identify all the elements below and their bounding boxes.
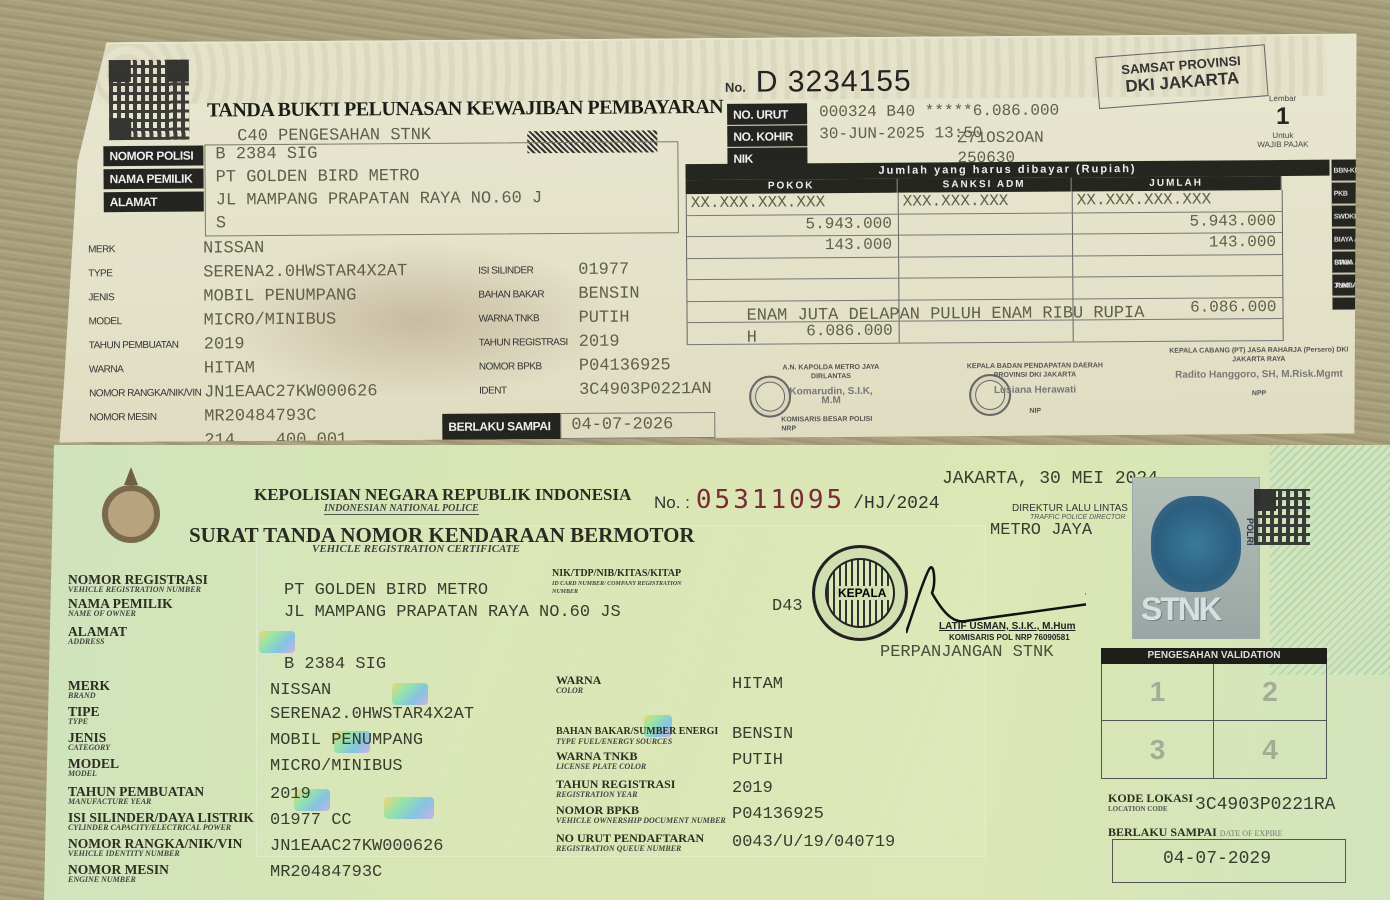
field-label: MERK <box>88 243 203 255</box>
field-value: 0043/U/19/040719 <box>732 833 895 852</box>
certificate-number-value: 05311095 <box>696 485 845 515</box>
payment-cell: 143.000 <box>1073 233 1282 256</box>
field-label: IDENT <box>479 384 579 396</box>
certificate-number-suffix: /HJ/2024 <box>853 494 939 514</box>
issuer-name: KEPOLISIAN NEGARA REPUBLIK INDONESIA <box>254 485 631 505</box>
nik-value: D43 <box>772 597 803 616</box>
field-label-id: BAHAN BAKAR/SUMBER ENERGI <box>556 726 718 737</box>
field-label-en: CYLINDER CAPACITY/ELECTRICAL POWER <box>68 824 254 832</box>
field-value: HITAM <box>732 675 783 694</box>
field-label: NOMOR RANGKA/NIK/VIN <box>89 387 204 399</box>
payment-row-label: PKB <box>1332 182 1388 205</box>
director-title: DIREKTUR LALU LINTAS <box>1012 503 1128 514</box>
field-label: MERKBRAND <box>68 679 110 700</box>
field-value: SERENA2.0HWSTAR4X2AT <box>270 705 474 724</box>
vehicle-registration-certificate: KEPOLISIAN NEGARA REPUBLIK INDONESIA IND… <box>44 445 1390 900</box>
payment-cell <box>899 213 1072 236</box>
field-label: BAHAN BAKAR <box>478 288 578 300</box>
field-label-id: NOMOR BPKB <box>556 803 639 817</box>
receipt-number: No. D 3234155 <box>725 65 912 100</box>
field-value: NISSAN <box>270 681 331 700</box>
field-label: ALAMATADDRESS <box>68 625 127 646</box>
issuing-director: JAKARTA, 30 MEI 2024 DIREKTUR LALU LINTA… <box>942 469 1158 489</box>
signatory-bapenda: KEPALA BADAN PENDAPATAN DAERAH PROVINSI … <box>965 361 1105 416</box>
payment-cell <box>1073 276 1282 299</box>
expire-date: 04-07-2029 <box>1112 839 1346 883</box>
field-label-en: TYPE <box>68 718 100 726</box>
location-code-en: LOCATION CODE <box>1108 804 1193 815</box>
field-label: WARNACOLOR <box>556 673 601 695</box>
field-label: WARNA TNKBLICENSE PLATE COLOR <box>556 749 646 771</box>
payment-cell: XXX.XXX.XXX <box>899 191 1072 214</box>
field-label-en: COLOR <box>556 687 601 695</box>
owner-row: ALAMAT JL MAMPANG PRAPATAN RAYA NO.60 J <box>104 188 543 212</box>
renewal-note: PERPANJANGAN STNK <box>880 643 1053 662</box>
column-header: POKOK <box>686 179 898 194</box>
validation-title: PENGESAHAN VALIDATION <box>1101 648 1327 664</box>
receipt-number-label: No. <box>725 80 746 95</box>
payment-cell <box>899 234 1072 257</box>
meta-row: NO. URUT000324 B40 *****6.086.000 <box>727 102 1059 125</box>
field-label: JENISCATEGORY <box>68 731 110 752</box>
field-label: WARNA TNKB <box>479 312 579 324</box>
field-label: WARNA <box>89 363 204 375</box>
nik-label-id: NIK/TDP/NIB/KITAS/KITAP <box>552 568 681 579</box>
document-title-en: VEHICLE REGISTRATION CERTIFICATE <box>312 543 520 555</box>
amount-words-line: ENAM JUTA DELAPAN PULUH ENAM RIBU RUPIA <box>746 303 1144 328</box>
field-label-en: REGISTRATION YEAR <box>556 791 675 799</box>
signatory-title: KEPALA BADAN PENDAPATAN DAERAH PROVINSI … <box>965 361 1105 380</box>
validation-grid: 1 2 3 4 <box>1101 664 1327 779</box>
field-value: P04136925 <box>732 805 824 824</box>
meta-label: NO. KOHIR <box>727 125 807 147</box>
payment-row-label: JUMLAH <box>1332 274 1388 297</box>
signatory-name: Komarudin, S.I.K, M.M <box>781 387 881 406</box>
payment-cell: XX.XXX.XXX.XXX <box>687 193 898 216</box>
field-label: NOMOR BPKBVEHICLE OWNERSHIP DOCUMENT NUM… <box>556 803 726 825</box>
payment-cell: 5.943.000 <box>1073 211 1282 234</box>
meta-label: NO. URUT <box>727 103 807 125</box>
field-label-id: WARNA <box>556 673 601 687</box>
field-label-en: ENGINE NUMBER <box>68 876 169 884</box>
field-label <box>89 441 204 442</box>
payment-row-labels: BBN-KBPKBSWDKLLJBIAYA ADM. STNKBIAYA ADM… <box>1331 159 1388 309</box>
field-label: TAHUN REGISTRASIREGISTRATION YEAR <box>556 777 675 799</box>
field-label-en: NAME OF OWNER <box>68 610 173 618</box>
hologram-sticker <box>384 797 434 819</box>
column-header: JUMLAH <box>1072 176 1282 191</box>
field-label-en: MODEL <box>68 770 119 778</box>
validation-cell: 3 <box>1102 721 1214 778</box>
field-label-en: BRAND <box>68 692 110 700</box>
location-code-label: KODE LOKASILOCATION CODE <box>1108 793 1193 815</box>
field-label: ISI SILINDER <box>478 264 578 276</box>
field-value: 2019 <box>204 333 479 354</box>
expire-label-en: DATE OF EXPIRE <box>1220 829 1283 838</box>
sheet-recipient: WAJIB PAJAK <box>1257 140 1308 149</box>
field-value: MICRO/MINIBUS <box>270 757 403 776</box>
owner-label <box>104 224 204 225</box>
field-label: TIPETYPE <box>68 705 100 726</box>
payment-receipt: TANDA BUKTI PELUNASAN KEWAJIBAN PEMBAYAR… <box>57 33 1360 442</box>
field-label-id: TAHUN REGISTRASI <box>556 777 675 791</box>
signatory-rank: KOMISARIS BESAR POLISI NRP <box>781 415 881 434</box>
payment-cell: XX.XXX.XXX.XXX <box>1073 190 1282 213</box>
field-value: MOBIL PENUMPANG <box>270 731 423 750</box>
field-value: JL MAMPANG PRAPATAN RAYA NO.60 JS <box>284 603 621 622</box>
field-label: NOMOR MESINENGINE NUMBER <box>68 863 169 884</box>
field-label: NOMOR REGISTRASIVEHICLE REGISTRATION NUM… <box>68 573 208 594</box>
field-label-en: TYPE FUEL/ENERGY SOURCES <box>556 738 718 746</box>
qr-code-icon <box>1254 489 1310 545</box>
certificate-number: No. : 05311095 /HJ/2024 <box>654 485 940 515</box>
validation-box: PENGESAHAN VALIDATION 1 2 3 4 <box>1101 648 1327 779</box>
field-label: TAHUN PEMBUATAN <box>89 339 204 351</box>
owner-info: NOMOR POLISI B 2384 SIG NAMA PEMILIK PT … <box>103 142 542 237</box>
field-label: TAHUN REGISTRASI <box>479 336 579 348</box>
valid-until: BERLAKU SAMPAI 04-07-2026 <box>442 412 715 440</box>
field-value: MR20484793C <box>270 863 382 882</box>
issue-date: JAKARTA, 30 MEI 2024 <box>942 469 1158 489</box>
field-value: PT GOLDEN BIRD METRO <box>284 581 488 600</box>
stamp-text: KEPALA <box>835 586 889 600</box>
owner-label: NOMOR POLISI <box>103 145 203 166</box>
sheet-number: 1 <box>1257 103 1308 131</box>
owner-value: JL MAMPANG PRAPATAN RAYA NO.60 J <box>216 189 543 210</box>
payment-row-label: BIAYA ADM. TNKB <box>1332 251 1388 274</box>
signatory-name: Lusiana Herawati <box>965 385 1105 395</box>
field-label <box>478 246 578 247</box>
field-value: MICRO/MINIBUS <box>203 309 478 330</box>
payment-row-label: BBN-KB <box>1331 159 1387 182</box>
sheet-for: Untuk <box>1257 131 1308 140</box>
field-label-en: VEHICLE OWNERSHIP DOCUMENT NUMBER <box>556 817 726 825</box>
expire-label-id: BERLAKU SAMPAI <box>1108 825 1217 839</box>
field-label-en: REGISTRATION QUEUE NUMBER <box>556 845 704 853</box>
field-value: PUTIH <box>732 751 783 770</box>
signer-rank: KOMISARIS POL NRP 76090581 <box>949 633 1070 642</box>
payment-row-label: BIAYA ADM. STNK <box>1332 228 1388 251</box>
owner-row: S <box>104 211 543 235</box>
qr-code-icon <box>109 60 190 141</box>
field-label: JENIS <box>88 291 203 303</box>
owner-value: PT GOLDEN BIRD METRO <box>216 167 420 187</box>
director-title-en: TRAFFIC POLICE DIRECTOR <box>1030 514 1126 521</box>
field-label: NAMA PEMILIKNAME OF OWNER <box>68 597 173 618</box>
field-label-en: LICENSE PLATE COLOR <box>556 763 646 771</box>
field-value: 2019 <box>732 779 773 798</box>
valid-until-value: 04-07-2026 <box>560 412 715 439</box>
field-label: NO URUT PENDAFTARANREGISTRATION QUEUE NU… <box>556 831 704 853</box>
field-label: BAHAN BAKAR/SUMBER ENERGITYPE FUEL/ENERG… <box>556 723 718 746</box>
payment-cell <box>1073 254 1282 277</box>
amount-words-line: H <box>747 325 1145 350</box>
nik-label: NIK/TDP/NIB/KITAS/KITAP ID CARD NUMBER/ … <box>552 565 702 596</box>
field-value: 01977 CC <box>270 811 352 830</box>
field-label: NOMOR BPKB <box>479 360 579 372</box>
field-value: 2019 <box>270 785 311 804</box>
issuer-name-en: INDONESIAN NATIONAL POLICE <box>324 503 479 515</box>
payment-cell: 5.943.000 <box>687 214 898 237</box>
field-value: MOBIL PENUMPANG <box>203 285 478 306</box>
field-label-en: CATEGORY <box>68 744 110 752</box>
payment-cell <box>687 257 898 280</box>
police-logo-icon <box>1151 496 1241 592</box>
hologram-sticker <box>259 631 295 653</box>
official-stamp: KEPALA <box>812 545 908 641</box>
field-value: NISSAN <box>203 237 478 258</box>
payment-cell <box>899 277 1072 300</box>
signatory-name: Radito Hanggoro, SH, M.Risk.Mgmt <box>1169 370 1349 380</box>
police-emblem-icon <box>96 467 166 547</box>
signatory-rank: NIP <box>965 406 1105 416</box>
payment-cell <box>899 256 1072 279</box>
sheet-label: Lembar <box>1257 94 1308 103</box>
field-value: MR20484793C <box>204 405 479 426</box>
certificate-number-label: No. : <box>654 493 690 513</box>
field-label-en: VEHICLE IDENTITY NUMBER <box>68 850 242 858</box>
receipt-number-value: D 3234155 <box>756 65 912 100</box>
payment-cell <box>687 279 898 302</box>
field-value: JN1EAAC27KW000626 <box>270 837 443 856</box>
payment-cell: 143.000 <box>687 236 898 259</box>
signatory-jasa-raharja: KEPALA CABANG (PT) JASA RAHARJA (Persero… <box>1169 346 1349 399</box>
location-code-value: 3C4903P0221RA <box>1195 795 1335 815</box>
signatory-title: KEPALA CABANG (PT) JASA RAHARJA (Persero… <box>1169 346 1349 365</box>
hologram-sticker <box>392 683 428 705</box>
field-label: ISI SILINDER/DAYA LISTRIKCYLINDER CAPACI… <box>68 811 254 832</box>
validation-cell: 2 <box>1214 664 1326 721</box>
signatory-title: A.N. KAPOLDA METRO JAYA DIRLANTAS <box>781 363 881 382</box>
decorative-guilloche <box>1270 445 1390 675</box>
field-label-en: MANUFACTURE YEAR <box>68 798 204 806</box>
meta-value: 000324 B40 *****6.086.000 <box>819 102 1059 125</box>
field-label: NOMOR MESIN <box>89 411 204 423</box>
field-value: SERENA2.0HWSTAR4X2AT <box>203 261 478 282</box>
amount-in-words: ENAM JUTA DELAPAN PULUH ENAM RIBU RUPIA … <box>746 303 1144 350</box>
signatory-rank: NPP <box>1169 389 1349 399</box>
validation-cell: 4 <box>1214 721 1326 778</box>
field-label-en: ADDRESS <box>68 638 127 646</box>
owner-value: B 2384 SIG <box>215 145 317 165</box>
nik-label-en: ID CARD NUMBER/ COMPANY REGISTRATION NUM… <box>552 580 702 596</box>
location-code: KODE LOKASILOCATION CODE 3C4903P0221RA <box>1108 793 1335 815</box>
signer-name: LATIF USMAN, S.I.K., M.Hum <box>939 621 1075 632</box>
stnk-hologram-seal: POLRI STNK <box>1132 477 1260 639</box>
valid-until-label: BERLAKU SAMPAI <box>442 413 560 440</box>
owner-label: NAMA PEMILIK <box>104 168 204 189</box>
field-label: NOMOR RANGKA/NIK/VINVEHICLE IDENTITY NUM… <box>68 837 242 858</box>
field-value: HITAM <box>204 357 479 378</box>
sheet-indicator: Lembar 1 Untuk WAJIB PAJAK <box>1257 94 1309 149</box>
validation-cell: 1 <box>1102 664 1214 721</box>
field-label-en: VEHICLE REGISTRATION NUMBER <box>68 586 208 594</box>
location-code-id: KODE LOKASI <box>1108 791 1193 805</box>
field-label-id: WARNA TNKB <box>556 749 637 763</box>
director-region: METRO JAYA <box>990 521 1092 540</box>
meta-extra-value: Z71OS2OAN <box>957 128 1044 149</box>
field-value: BENSIN <box>732 725 793 744</box>
owner-row: NOMOR POLISI B 2384 SIG <box>103 142 542 166</box>
receipt-title: TANDA BUKTI PELUNASAN KEWAJIBAN PEMBAYAR… <box>207 96 723 123</box>
field-label: MODEL <box>89 315 204 327</box>
field-value: JN1EAAC27KW000626 <box>204 381 479 402</box>
field-label: TYPE <box>88 267 203 279</box>
payment-row-label: SWDKLLJ <box>1332 205 1388 228</box>
field-label: MODELMODEL <box>68 757 119 778</box>
signatory-police: A.N. KAPOLDA METRO JAYA DIRLANTAS Komaru… <box>781 363 881 434</box>
owner-value: S <box>216 214 226 233</box>
expire-label: BERLAKU SAMPAI DATE OF EXPIRE <box>1108 825 1282 840</box>
owner-row: NAMA PEMILIK PT GOLDEN BIRD METRO <box>103 165 542 189</box>
column-header: SANKSI ADM <box>898 177 1072 192</box>
seal-word: STNK <box>1141 591 1220 628</box>
field-label-id: NO URUT PENDAFTARAN <box>556 831 704 845</box>
owner-label: ALAMAT <box>104 191 204 212</box>
field-value: B 2384 SIG <box>284 655 386 674</box>
field-label: TAHUN PEMBUATANMANUFACTURE YEAR <box>68 785 204 806</box>
